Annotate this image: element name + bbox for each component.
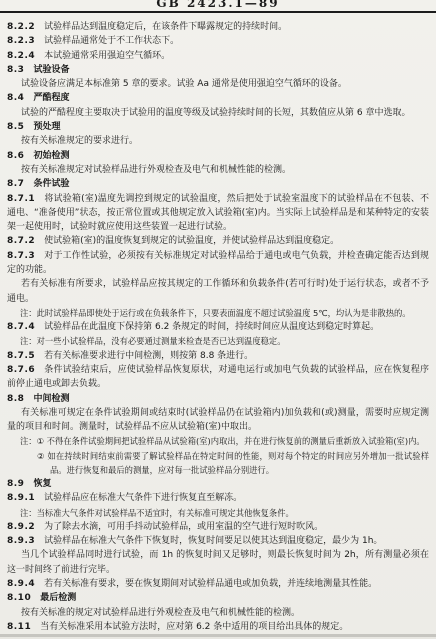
heading-8.5: 8.5预处理 bbox=[7, 120, 429, 134]
clause-number: 8.7.2 bbox=[7, 236, 35, 246]
para: 有关标准可规定在条件试验期间或结束时(试验样品仍在试验箱内)加负载和(或)测量，… bbox=[7, 406, 429, 435]
note-sub: ② 如在持续时间结束前需要了解试验样品在特定时间的性能，则对每个特定的时间应另外… bbox=[37, 449, 429, 477]
para: 试验设备应满足本标准第 5 章的要求。试验 Aa 通常是使用强迫空气循环的设备。 bbox=[7, 77, 429, 91]
clause-8.7.1: 8.7.1将试验箱(室)温度先调控到规定的试验温度，然后把处于试验室温度下的试验… bbox=[7, 192, 429, 235]
clause-8.2.3: 8.2.3试验样品通常处于不工作状态下。 bbox=[7, 34, 429, 48]
scanned-document-page: GB 2423.1—89 8.2.2试验样品达到温度稳定后，在该条件下曝露规定的… bbox=[0, 0, 436, 637]
note: 注：此时试验样品即使处于运行或在负载条件下，只要表面温度不超过试验温度 5℃，均… bbox=[20, 306, 429, 320]
clause-8.2.4: 8.2.4本试验通常采用强迫空气循环。 bbox=[7, 49, 429, 63]
clause-number: 8.7 bbox=[7, 179, 24, 189]
clause-number: 8.2.4 bbox=[7, 51, 35, 61]
clause-number: 8.2.3 bbox=[7, 36, 35, 46]
clause-8.11: 8.11当有关标准采用本试验方法时，应对第 6.2 条中适用的项目给出具体的规定… bbox=[7, 620, 429, 634]
clause-number: 8.2.2 bbox=[7, 22, 35, 32]
clause-number: 8.7.3 bbox=[7, 251, 35, 261]
heading-8.3: 8.3试验设备 bbox=[7, 63, 429, 77]
clause-8.7.3: 8.7.3对于工作性试验，必须按有关标准规定对试验样品给于通电或电气负载，并检查… bbox=[7, 249, 429, 278]
clause-number: 8.7.5 bbox=[7, 351, 35, 361]
clause-number: 8.9 bbox=[7, 479, 24, 489]
note: 注：当标准大气条件对试验样品不适宜时，有关标准可规定其他恢复条件。 bbox=[20, 506, 429, 520]
clause-number: 8.9.4 bbox=[7, 579, 35, 589]
note: 注：对一些小试验样品，没有必要通过测量来检查是否已达到温度稳定。 bbox=[20, 334, 429, 348]
clause-8.2.2: 8.2.2试验样品达到温度稳定后，在该条件下曝露规定的持续时间。 bbox=[7, 20, 429, 34]
clause-8.9.4: 8.9.4若有关标准有要求，要在恢复期间对试验样品通电或加负载，并连续地测量其性… bbox=[7, 577, 429, 591]
para: 按有关标准的规定对试验样品进行外观检查及电气和机械性能的检测。 bbox=[7, 606, 429, 620]
clause-8.7.4: 8.7.4试验样品在此温度下保持第 6.2 条规定的时间，持续时间应从温度达到稳… bbox=[7, 320, 429, 334]
clause-8.9.1: 8.9.1试验样品应在标准大气条件下进行恢复直至解冻。 bbox=[7, 491, 429, 505]
para: 按有关标准规定的要求进行。 bbox=[7, 134, 429, 148]
clause-8.7.2: 8.7.2使试验箱(室)的温度恢复到规定的试验温度，并使试验样品达到温度稳定。 bbox=[7, 234, 429, 248]
clause-8.9.2: 8.9.2为了除去水滴，可用手抖动试验样品，或用室温的空气进行短时吹风。 bbox=[7, 520, 429, 534]
document-body: 8.2.2试验样品达到温度稳定后，在该条件下曝露规定的持续时间。8.2.3试验样… bbox=[7, 20, 429, 634]
heading-8.6: 8.6初始检测 bbox=[7, 149, 429, 163]
note: 注：① 不得在条件试验期间把试验样品从试验箱(室)内取出，并在进行恢复前的测量后… bbox=[20, 434, 429, 448]
header-rule bbox=[0, 11, 436, 13]
clause-number: 8.6 bbox=[7, 151, 24, 161]
heading-8.7: 8.7条件试验 bbox=[7, 177, 429, 191]
heading-8.9: 8.9恢复 bbox=[7, 477, 429, 491]
clause-number: 8.9.2 bbox=[7, 522, 35, 532]
heading-8.4: 8.4严酷程度 bbox=[7, 91, 429, 105]
clause-number: 8.11 bbox=[7, 622, 31, 632]
clause-8.7.5: 8.7.5若有关标准要求进行中间检测，则按第 8.8 条进行。 bbox=[7, 349, 429, 363]
para: 试验的严酷程度主要取决于试验用的温度等级及试验持续时间的长短，其数值应从第 6 … bbox=[7, 106, 429, 120]
clause-number: 8.5 bbox=[7, 122, 24, 132]
clause-8.9.3: 8.9.3试验样品在标准大气条件下恢复时，恢复时间要足以使其达到温度稳定，最少为… bbox=[7, 534, 429, 548]
clause-number: 8.9.1 bbox=[7, 493, 35, 503]
clause-number: 8.7.6 bbox=[7, 365, 35, 375]
heading-8.10: 8.10最后检测 bbox=[7, 591, 429, 605]
heading-8.8: 8.8中间检测 bbox=[7, 392, 429, 406]
clause-number: 8.10 bbox=[7, 593, 31, 603]
para: 按有关标准规定对试验样品进行外观检查及电气和机械性能的检测。 bbox=[7, 163, 429, 177]
clause-number: 8.7.4 bbox=[7, 322, 35, 332]
clause-number: 8.7.1 bbox=[7, 194, 35, 204]
clause-number: 8.9.3 bbox=[7, 536, 35, 546]
para: 当几个试验样品同时进行试验，而 1h 的恢复时间又足够时，则最长恢复时间为 2h… bbox=[7, 548, 429, 577]
clause-number: 8.8 bbox=[7, 394, 24, 404]
clause-number: 8.3 bbox=[7, 65, 24, 75]
clause-number: 8.4 bbox=[7, 93, 24, 103]
standard-number-header: GB 2423.1—89 bbox=[7, 0, 429, 9]
para: 若有关标准有所要求，试验样品应按其规定的工作循环和负载条件(若可行时)处于运行状… bbox=[7, 277, 429, 306]
clause-8.7.6: 8.7.6条件试验结束后，应使试验样品恢复原状，对通电运行或加电气负载的试验样品… bbox=[7, 363, 429, 392]
